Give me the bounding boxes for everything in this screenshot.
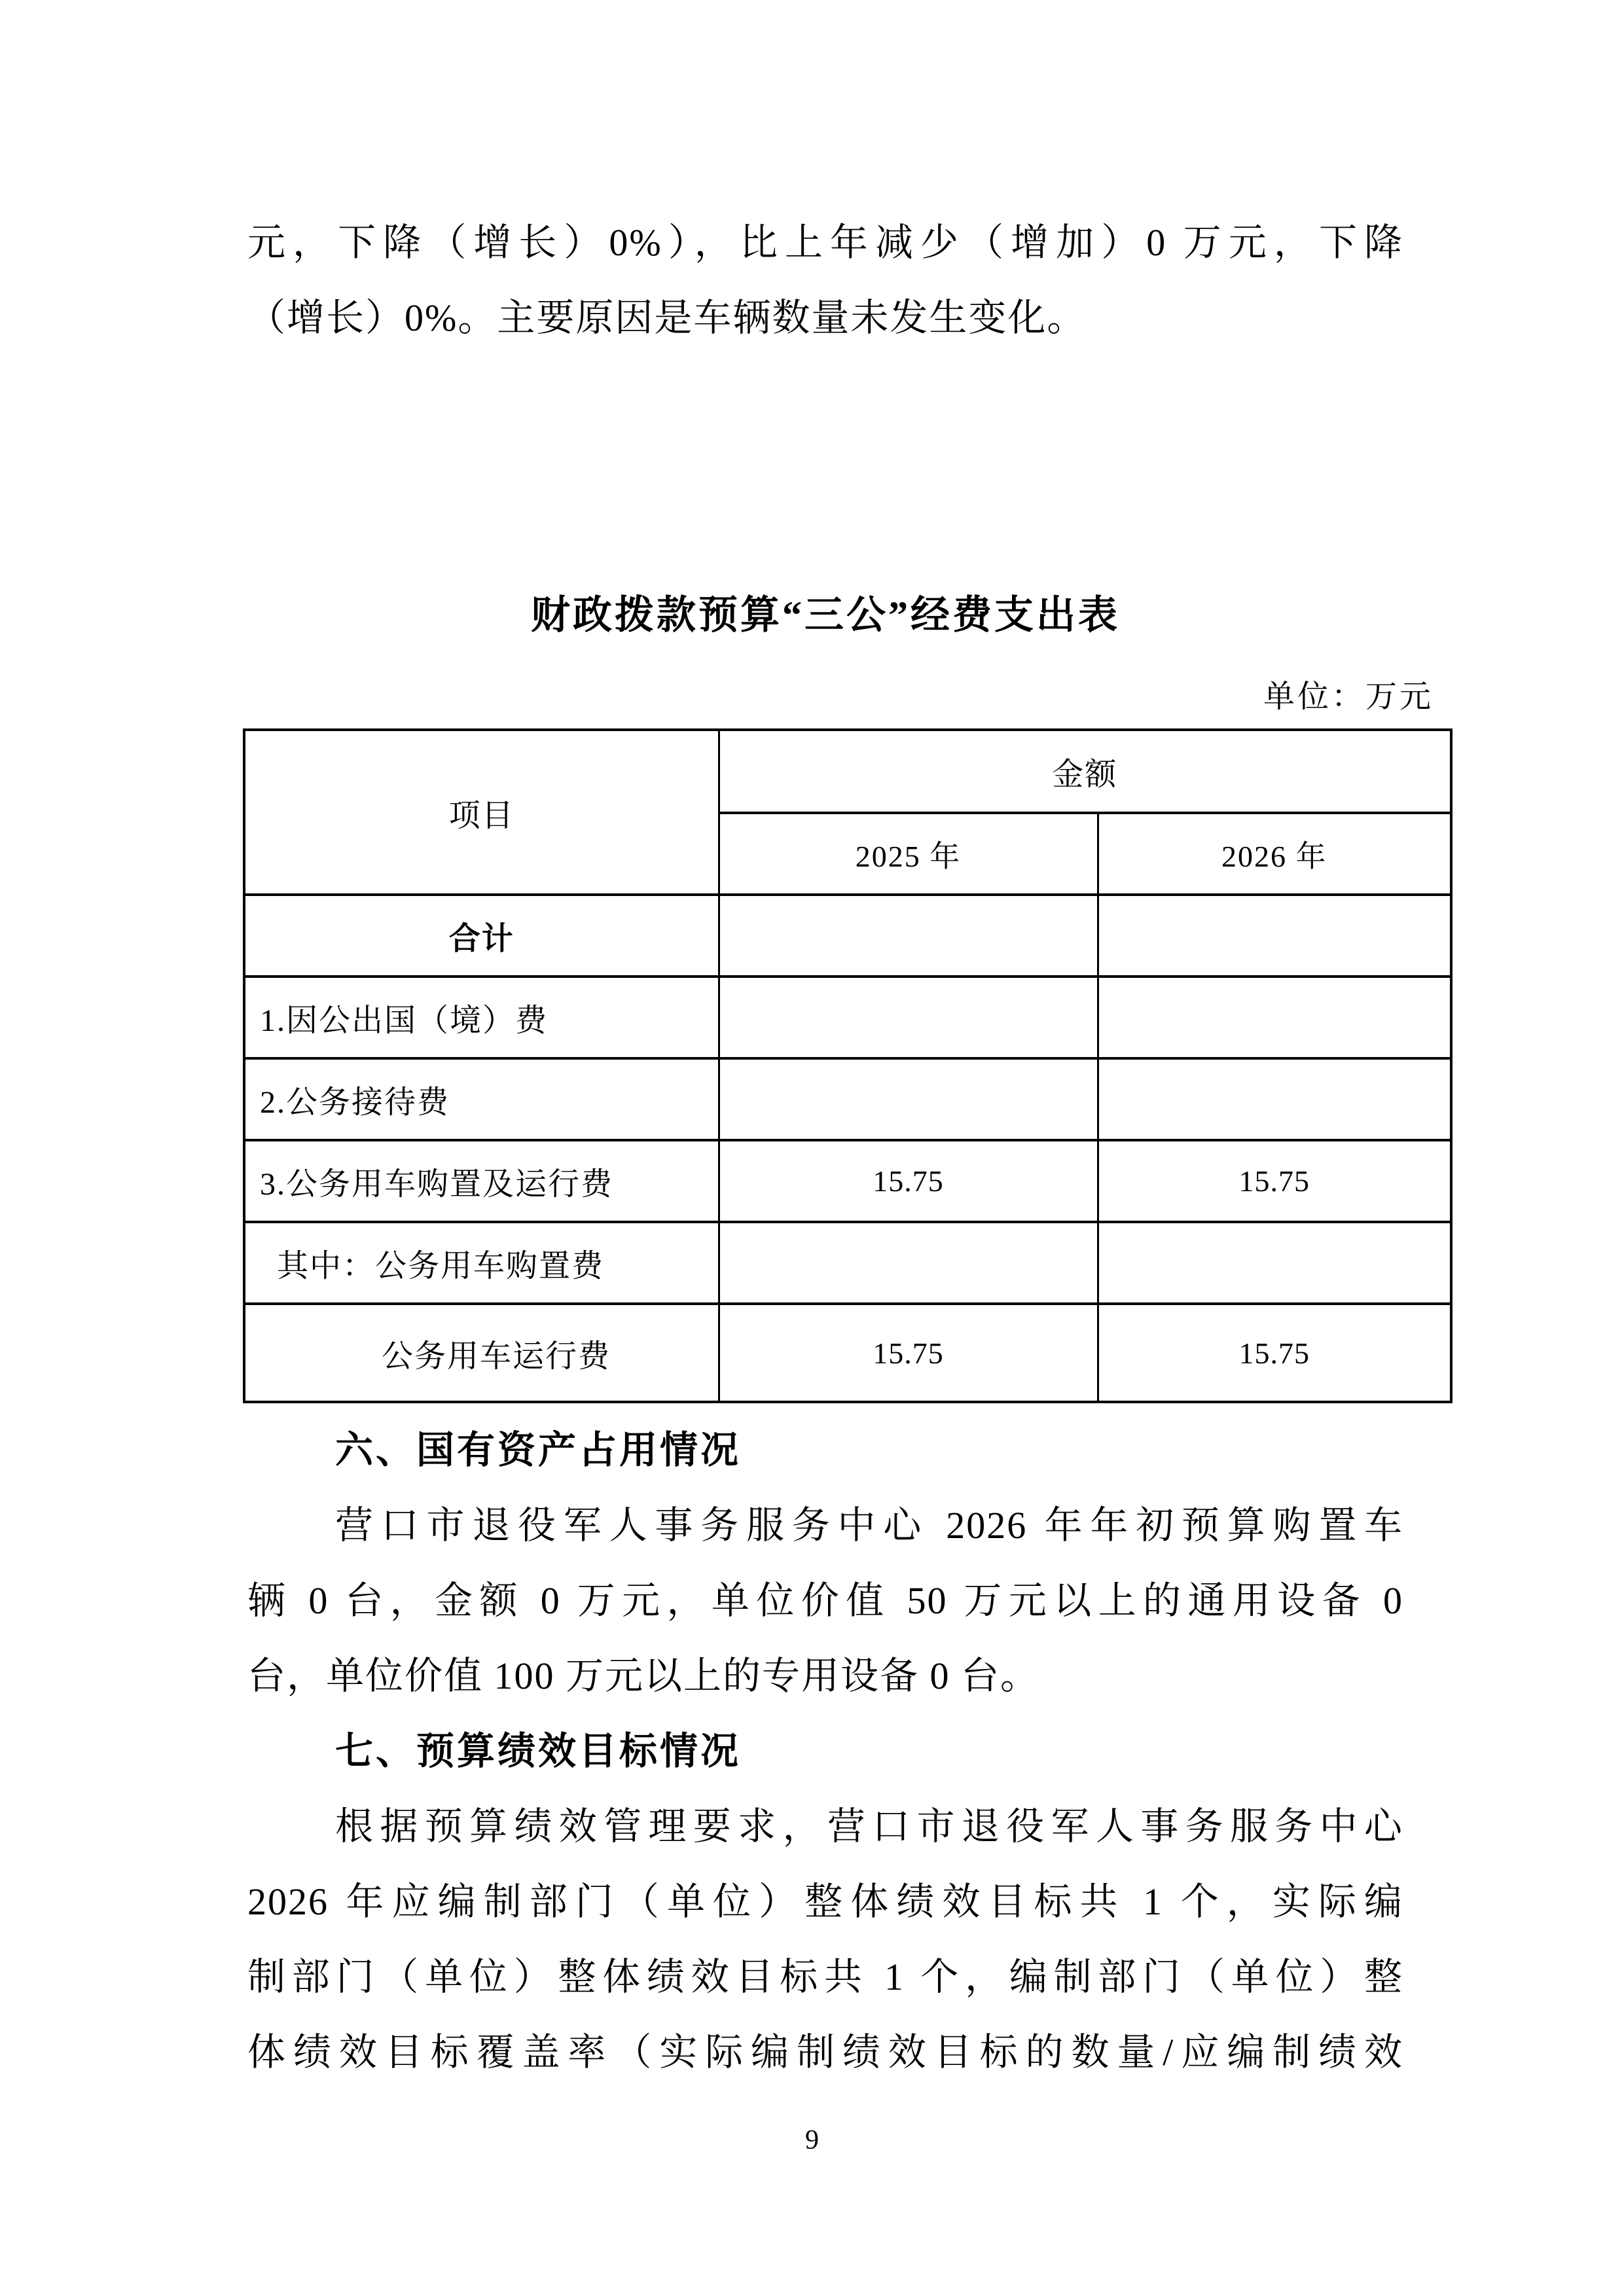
row-reception-label: 2.公务接待费: [244, 1058, 719, 1140]
section-seven-line-3: 制部门（单位）整体绩效目标共 1 个，编制部门（单位）整: [247, 1939, 1403, 2015]
row-vehicle-operation-2025: 15.75: [719, 1304, 1098, 1402]
section-six-line-1: 营口市退役军人事务服务中心 2026 年年初预算购置车: [247, 1488, 1403, 1563]
row-total-2026: [1098, 895, 1451, 977]
row-abroad-label: 1.因公出国（境）费: [244, 977, 719, 1058]
header-cell-item: 项目: [244, 730, 719, 895]
table-header-row-1: 项目 金额: [244, 730, 1451, 813]
row-vehicle-operation-label: 公务用车运行费: [244, 1304, 719, 1402]
row-abroad-2025: [719, 977, 1098, 1058]
row-vehicle-total-2026: 15.75: [1098, 1140, 1451, 1222]
row-vehicle-purchase-label: 其中：公务用车购置费: [244, 1222, 719, 1304]
section-seven-paragraph: 根据预算绩效管理要求，营口市退役军人事务服务中心 2026 年应编制部门（单位）…: [247, 1789, 1403, 2090]
section-six-paragraph: 营口市退役军人事务服务中心 2026 年年初预算购置车 辆 0 台，金额 0 万…: [247, 1488, 1403, 1713]
page-number: 9: [0, 2121, 1624, 2160]
row-abroad-2026: [1098, 977, 1451, 1058]
section-six-line-3: 台，单位价值 100 万元以上的专用设备 0 台。: [247, 1638, 1403, 1713]
row-vehicle-purchase-2025: [719, 1222, 1098, 1304]
row-vehicle-operation-2026: 15.75: [1098, 1304, 1451, 1402]
row-reception-2025: [719, 1058, 1098, 1140]
header-cell-year-2026: 2026 年: [1098, 813, 1451, 895]
section-seven-line-4: 体绩效目标覆盖率（实际编制绩效目标的数量/应编制绩效: [247, 2015, 1403, 2090]
row-vehicle-purchase-2026: [1098, 1222, 1451, 1304]
unit-note: 单位：万元: [1263, 664, 1434, 730]
header-cell-amount: 金额: [719, 730, 1451, 813]
table-row-total: 合计: [244, 895, 1451, 977]
table-row-abroad: 1.因公出国（境）费: [244, 977, 1451, 1058]
intro-paragraph-line-1: 元，下降（增长）0%），比上年减少（增加）0 万元，下降: [247, 205, 1403, 280]
three-public-expenditure-table: 项目 金额 2025 年 2026 年 合计 1.因公出国（境）费 2.公务接待…: [243, 728, 1453, 1403]
header-cell-year-2025: 2025 年: [719, 813, 1098, 895]
table-row-vehicle-purchase: 其中：公务用车购置费: [244, 1222, 1451, 1304]
section-six-line-2: 辆 0 台，金额 0 万元，单位价值 50 万元以上的通用设备 0: [247, 1563, 1403, 1638]
row-total-label: 合计: [244, 895, 719, 977]
section-seven-heading: 七、预算绩效目标情况: [247, 1713, 1403, 1789]
document-page: 元，下降（增长）0%），比上年减少（增加）0 万元，下降 （增长）0%。主要原因…: [0, 0, 1624, 2296]
intro-paragraph-line-2: （增长）0%。主要原因是车辆数量未发生变化。: [247, 280, 1403, 355]
table-row-vehicle-total: 3.公务用车购置及运行费 15.75 15.75: [244, 1140, 1451, 1222]
section-seven-line-2: 2026 年应编制部门（单位）整体绩效目标共 1 个，实际编: [247, 1864, 1403, 1939]
table-row-vehicle-operation: 公务用车运行费 15.75 15.75: [244, 1304, 1451, 1402]
intro-paragraph: 元，下降（增长）0%），比上年减少（增加）0 万元，下降 （增长）0%。主要原因…: [247, 205, 1403, 355]
section-six-heading: 六、国有资产占用情况: [247, 1412, 1403, 1488]
row-reception-2026: [1098, 1058, 1451, 1140]
table-row-reception: 2.公务接待费: [244, 1058, 1451, 1140]
row-total-2025: [719, 895, 1098, 977]
row-vehicle-total-label: 3.公务用车购置及运行费: [244, 1140, 719, 1222]
table-title: 财政拨款预算“三公”经费支出表: [247, 578, 1403, 653]
row-vehicle-total-2025: 15.75: [719, 1140, 1098, 1222]
section-seven-line-1: 根据预算绩效管理要求，营口市退役军人事务服务中心: [247, 1789, 1403, 1864]
